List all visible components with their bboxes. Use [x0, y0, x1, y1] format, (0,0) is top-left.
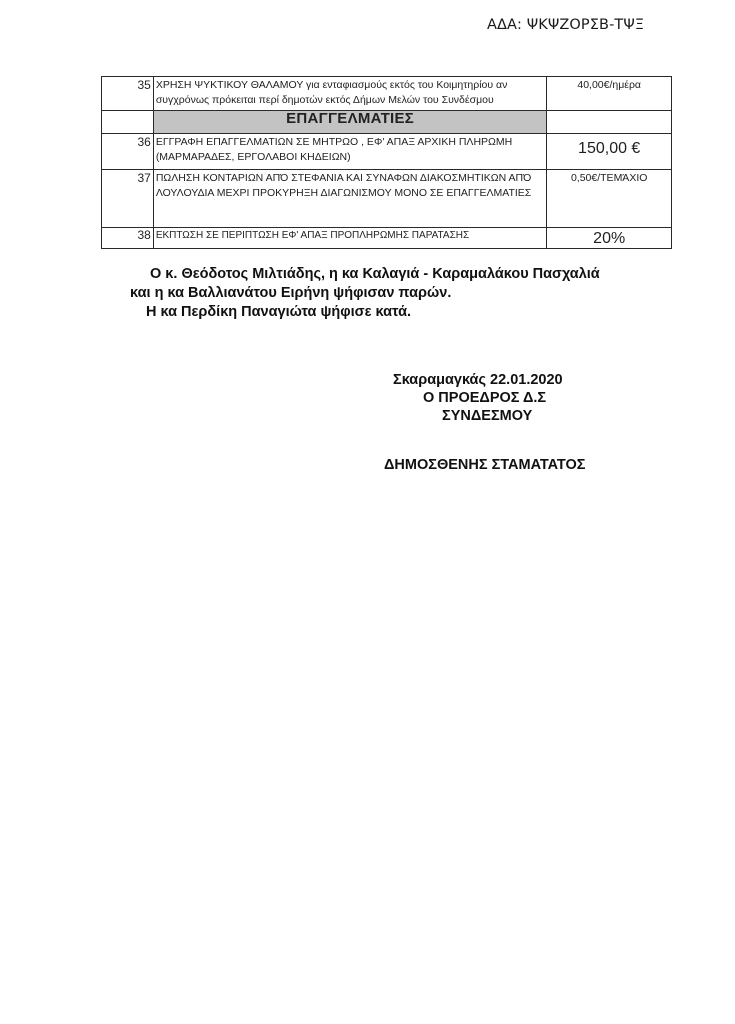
place-date: Σκαραμαγκάς 22.01.2020 — [393, 372, 563, 388]
row-description: ΠΩΛΗΣΗ ΚΟΝΤΑΡΙΩΝ ΑΠΌ ΣΤΕΦΑΝΙΑ ΚΑΙ ΣΥΝΑΦΩ… — [153, 170, 547, 228]
votes-line-2: και η κα Βαλλιανάτου Ειρήνη ψήφισαν παρώ… — [130, 284, 451, 303]
row-price: 20% — [547, 228, 672, 249]
description-line: ΧΡΗΣΗ ΨΥΚΤΙΚΟΥ ΘΑΛΑΜΟΥ για ενταφιασμούς … — [156, 78, 545, 93]
row-number: 38 — [102, 228, 154, 249]
row-price: 0,50€/ΤΕΜΆΧΙΟ — [547, 170, 672, 228]
votes-line-1: Ο κ. Θεόδοτος Μιλτιάδης, η κα Καλαγιά - … — [150, 265, 600, 284]
description-line: ΕΓΓΡΑΦΗ ΕΠΑΓΓΕΛΜΑΤΙΩΝ ΣΕ ΜΗΤΡΩΟ , ΕΦ' ΑΠ… — [156, 135, 545, 150]
votes-line-3: Η κα Περδίκη Παναγιώτα ψήφισε κατά. — [146, 303, 411, 322]
signatory-title-2: ΣΥΝΔΕΣΜΟΥ — [442, 408, 532, 424]
signatory-title-1: Ο ΠΡΟΕΔΡΟΣ Δ.Σ — [423, 390, 546, 406]
row-price — [547, 111, 672, 134]
row-description: ΧΡΗΣΗ ΨΥΚΤΙΚΟΥ ΘΑΛΑΜΟΥ για ενταφιασμούς … — [153, 77, 547, 111]
price-value: 150,00 € — [578, 135, 640, 160]
row-description: ΕΓΓΡΑΦΗ ΕΠΑΓΓΕΛΜΑΤΙΩΝ ΣΕ ΜΗΤΡΩΟ , ΕΦ' ΑΠ… — [153, 134, 547, 170]
fees-table: 35 ΧΡΗΣΗ ΨΥΚΤΙΚΟΥ ΘΑΛΑΜΟΥ για ενταφιασμο… — [101, 76, 672, 249]
description-line: (ΜΑΡΜΑΡΑΔΕΣ, ΕΡΓΟΛΑΒΟΙ ΚΗΔΕΙΩΝ) — [156, 150, 545, 165]
signatory-name: ΔΗΜΟΣΘΕΝΗΣ ΣΤΑΜΑΤΑΤΟΣ — [384, 457, 586, 473]
row-price: 40,00€/ημέρα — [547, 77, 672, 111]
ada-code: ΑΔΑ: ΨΚΨΖΟΡΣΒ-ΤΨΞ — [487, 17, 644, 33]
table-row: 37 ΠΩΛΗΣΗ ΚΟΝΤΑΡΙΩΝ ΑΠΌ ΣΤΕΦΑΝΙΑ ΚΑΙ ΣΥΝ… — [102, 170, 672, 228]
description-line: συγχρόνως πρόκειται περί δημοτών εκτός Δ… — [156, 93, 545, 108]
table-row: 36 ΕΓΓΡΑΦΗ ΕΠΑΓΓΕΛΜΑΤΙΩΝ ΣΕ ΜΗΤΡΩΟ , ΕΦ'… — [102, 134, 672, 170]
description-line: ΠΩΛΗΣΗ ΚΟΝΤΑΡΙΩΝ ΑΠΌ ΣΤΕΦΑΝΙΑ ΚΑΙ ΣΥΝΑΦΩ… — [156, 171, 545, 186]
row-number: 36 — [102, 134, 154, 170]
table-row: 38 ΕΚΠΤΩΣΗ ΣΕ ΠΕΡΙΠΤΩΣΗ ΕΦ' ΑΠΑΞ ΠΡΟΠΛΗΡ… — [102, 228, 672, 249]
row-number: 35 — [102, 77, 154, 111]
price-value: 20% — [593, 228, 625, 248]
section-header-row: ΕΠΑΓΓΕΛΜΑΤΙΕΣ — [102, 111, 672, 134]
row-price: 150,00 € — [547, 134, 672, 170]
row-description: ΕΚΠΤΩΣΗ ΣΕ ΠΕΡΙΠΤΩΣΗ ΕΦ' ΑΠΑΞ ΠΡΟΠΛΗΡΩΜΗ… — [153, 228, 547, 249]
row-number: 37 — [102, 170, 154, 228]
table-row: 35 ΧΡΗΣΗ ΨΥΚΤΙΚΟΥ ΘΑΛΑΜΟΥ για ενταφιασμο… — [102, 77, 672, 111]
description-line: ΛΟΥΛΟΥΔΙΑ ΜΕΧΡΙ ΠΡΟΚΥΡΗΞΗ ΔΙΑΓΩΝΙΣΜΟΥ ΜΟ… — [156, 186, 545, 201]
section-header: ΕΠΑΓΓΕΛΜΑΤΙΕΣ — [153, 111, 547, 134]
row-number — [102, 111, 154, 134]
description-line: ΕΚΠΤΩΣΗ ΣΕ ΠΕΡΙΠΤΩΣΗ ΕΦ' ΑΠΑΞ ΠΡΟΠΛΗΡΩΜΗ… — [156, 228, 545, 243]
